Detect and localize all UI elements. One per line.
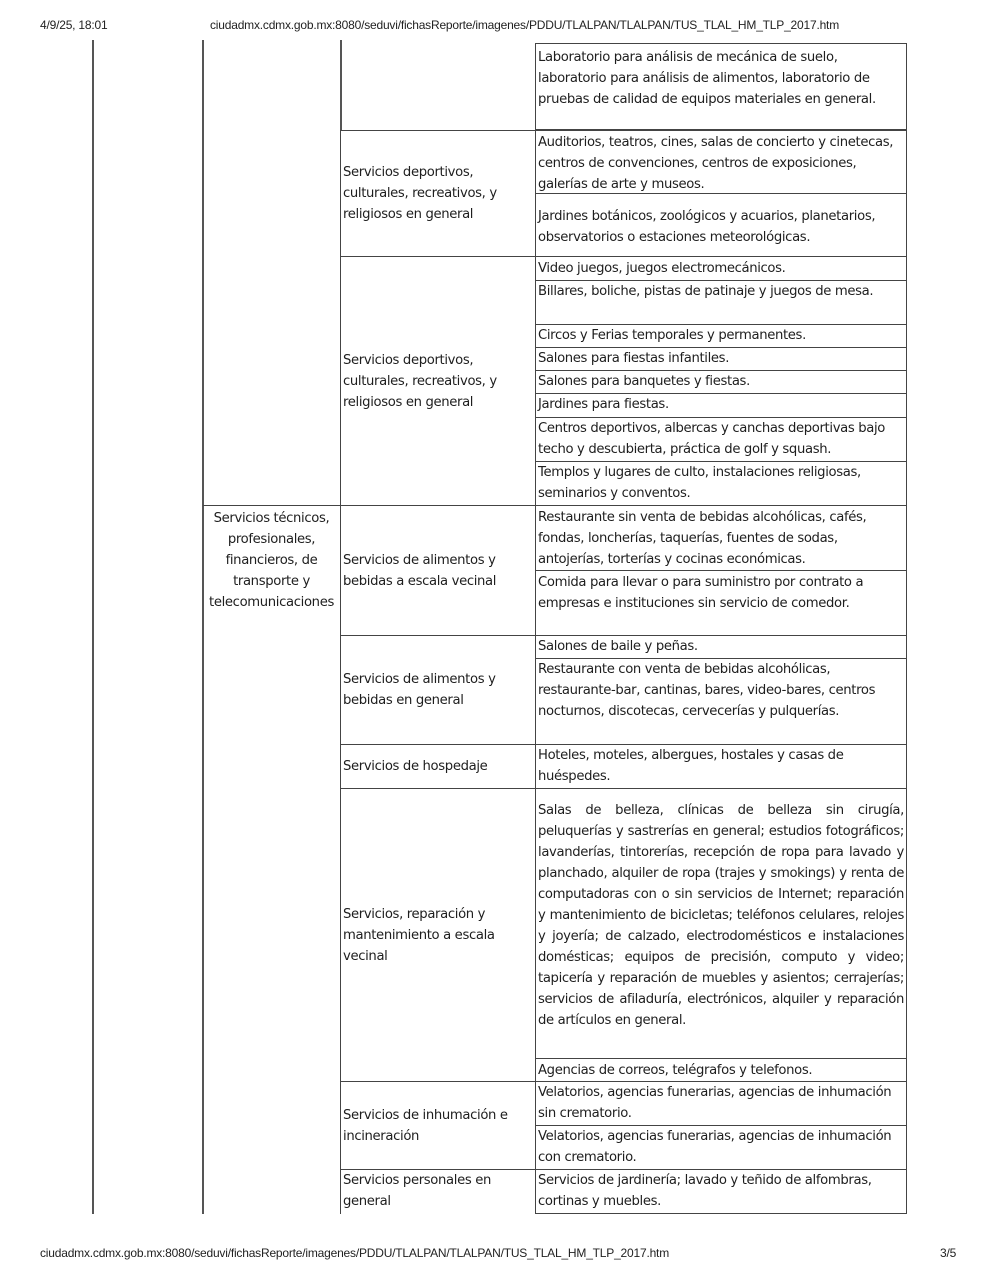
subgroup-cell: Servicios de inhumación e incineración: [340, 1082, 535, 1170]
group-cell: Servicios técnicos, profesionales, finan…: [203, 505, 340, 1214]
page-number: 3/5: [940, 1246, 956, 1260]
use-cell: Billares, boliche, pistas de patinaje y …: [535, 281, 907, 325]
subgroup-cell: Servicios deportivos, culturales, recrea…: [340, 130, 535, 257]
page-url-header: ciudadmx.cdmx.gob.mx:8080/seduvi/fichasR…: [210, 18, 839, 32]
use-cell: Templos y lugares de culto, instalacione…: [535, 462, 907, 506]
use-cell: Salas de belleza, clínicas de belleza si…: [535, 789, 907, 1059]
use-cell: Servicios de jardinería; lavado y teñido…: [535, 1170, 907, 1214]
subgroup-cell: Servicios personales en general: [340, 1170, 535, 1214]
table-column-line-3: [340, 40, 342, 130]
use-cell: Salones de baile y peñas.: [535, 636, 907, 659]
use-cell: Hoteles, moteles, albergues, hostales y …: [535, 745, 907, 789]
use-cell: Agencias de correos, telégrafos y telefo…: [535, 1059, 907, 1082]
use-cell: Jardines para fiestas.: [535, 394, 907, 418]
table-column-line-2: [202, 40, 204, 506]
use-cell: Auditorios, teatros, cines, salas de con…: [535, 130, 907, 194]
use-cell: Velatorios, agencias funerarias, agencia…: [535, 1082, 907, 1126]
use-cell: Salones para banquetes y fiestas.: [535, 371, 907, 394]
use-cell: Comida para llevar o para suministro por…: [535, 571, 907, 636]
subgroup-cell: Servicios deportivos, culturales, recrea…: [340, 257, 535, 506]
subgroup-cell: Servicios de alimentos y bebidas en gene…: [340, 636, 535, 745]
use-cell: Velatorios, agencias funerarias, agencia…: [535, 1126, 907, 1170]
table-column-line-1: [92, 40, 94, 1214]
subgroup-cell: Servicios, reparación y mantenimiento a …: [340, 789, 535, 1082]
use-cell: Circos y Ferias temporales y permanentes…: [535, 325, 907, 348]
page-url-footer: ciudadmx.cdmx.gob.mx:8080/seduvi/fichasR…: [40, 1246, 669, 1260]
group-label: Servicios técnicos, profesionales, finan…: [205, 506, 338, 613]
use-cell: Laboratorio para análisis de mecánica de…: [535, 43, 907, 130]
use-cell: Jardines botánicos, zoológicos y acuario…: [535, 194, 907, 257]
subgroup-cell: Servicios de alimentos y bebidas a escal…: [340, 506, 535, 636]
use-cell: Salones para fiestas infantiles.: [535, 348, 907, 371]
use-cell: Restaurante con venta de bebidas alcohól…: [535, 659, 907, 745]
use-cell: Restaurante sin venta de bebidas alcohól…: [535, 506, 907, 571]
subgroup-cell: Servicios de hospedaje: [340, 745, 535, 789]
use-cell: Centros deportivos, albercas y canchas d…: [535, 418, 907, 462]
use-cell: Video juegos, juegos electromecánicos.: [535, 257, 907, 281]
print-date: 4/9/25, 18:01: [40, 18, 107, 32]
